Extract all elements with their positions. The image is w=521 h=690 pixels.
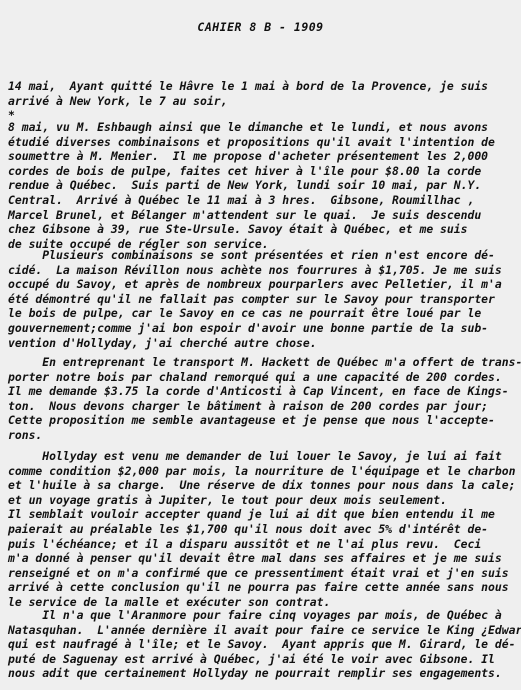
text-line: et l'huile à sa charge. Une réserve de d… [8, 478, 518, 493]
text-line: été démontré qu'il ne fallait pas compte… [8, 292, 518, 307]
text-line: vention d'Hollyday, j'ai cherché autre c… [8, 336, 518, 351]
text-line: cordes de bois de pulpe, faites cet hive… [8, 164, 518, 179]
text-line: Marcel Brunel, et Bélanger m'attendent s… [8, 208, 518, 223]
text-line: comme condition $2,000 par mois, la nour… [8, 464, 518, 479]
text-line: ton. Nous devons charger le bâtiment à r… [8, 399, 518, 414]
paragraph: Plusieurs combinaisons se sont présentée… [8, 248, 518, 350]
text-line: paierait au préalable les $1,700 qu'il n… [8, 522, 518, 537]
paragraph: Il n'a que l'Aranmore pour faire cinq vo… [8, 608, 518, 681]
text-line: Cette proposition me semble avantageuse … [8, 413, 518, 428]
text-line: puis l'échéance; et il a disparu aussitô… [8, 537, 518, 552]
paragraph: 8 mai, vu M. Eshbaugh ainsi que le diman… [8, 120, 518, 251]
text-line: arrivé à cette conclusion qu'il ne pourr… [8, 580, 518, 595]
text-line: m'a donné à penser qu'il devait être mal… [8, 551, 518, 566]
text-line: étudié diverses combinaisons et proposit… [8, 135, 518, 150]
text-line: renseigné et on m'a confirmé que ce pres… [8, 566, 518, 581]
text-line: Plusieurs combinaisons se sont présentée… [8, 248, 518, 263]
text-line: le bois de pulpe, car le Savoy en ce cas… [8, 306, 518, 321]
text-line: rons. [8, 428, 518, 443]
text-line: Il n'a que l'Aranmore pour faire cinq vo… [8, 608, 518, 623]
text-line: puté de Saguenay est arrivé à Québec, j'… [8, 652, 518, 667]
text-line: soumettre à M. Menier. Il me propose d'a… [8, 149, 518, 164]
text-line: 8 mai, vu M. Eshbaugh ainsi que le diman… [8, 120, 518, 135]
text-line: nous adit que certainement Hollyday ne p… [8, 666, 518, 681]
text-line: Il semblait vouloir accepter quand je lu… [8, 507, 518, 522]
text-line: 14 mai, Ayant quitté le Hâvre le 1 mai à… [8, 79, 518, 94]
text-line: et un voyage gratis à Jupiter, le tout p… [8, 493, 518, 508]
text-line: arrivé à New York, le 7 au soir, [8, 94, 518, 109]
paragraph: En entreprenant le transport M. Hackett … [8, 355, 518, 443]
text-line: qui est naufragé à l'île; et le Savoy. A… [8, 637, 518, 652]
paragraph: Hollyday est venu me demander de lui lou… [8, 449, 518, 610]
text-line: rendue à Québec. Suis parti de New York,… [8, 178, 518, 193]
typewritten-page: CAHIER 8 B - 1909 14 mai, Ayant quitté l… [0, 0, 521, 690]
text-line: cidé. La maison Révillon nous achète nos… [8, 263, 518, 278]
text-line: En entreprenant le transport M. Hackett … [8, 355, 518, 370]
paragraph: 14 mai, Ayant quitté le Hâvre le 1 mai à… [8, 79, 518, 123]
text-line: porter notre bois par chaland remorqué q… [8, 370, 518, 385]
text-line: gouvernement;comme j'ai bon espoir d'avo… [8, 321, 518, 336]
text-line: chez Gibsone à 39, rue Ste-Ursule. Savoy… [8, 222, 518, 237]
text-line: Central. Arrivé à Québec le 11 mai à 3 h… [8, 193, 518, 208]
text-line: occupé du Savoy, et après de nombreux po… [8, 277, 518, 292]
page-title: CAHIER 8 B - 1909 [0, 20, 521, 34]
text-line: Il me demande $3.75 la corde d'Anticosti… [8, 384, 518, 399]
text-line: Natasquhan. L'année dernière il avait po… [8, 623, 518, 638]
text-line: Hollyday est venu me demander de lui lou… [8, 449, 518, 464]
